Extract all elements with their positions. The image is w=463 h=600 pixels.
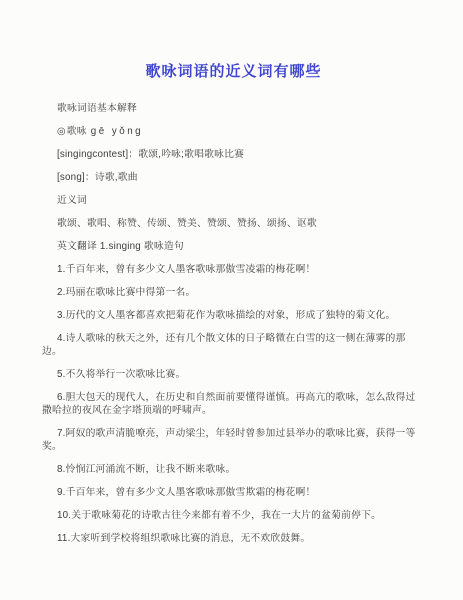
example-sentence: 3.历代的文人墨客都喜欢把菊花作为歌咏描绘的对象，形成了独特的菊文化。 xyxy=(42,309,425,322)
synonyms-list: 歌颂、歌唱、称赞、传颂、赞美、赞颂、赞扬、颂扬、讴歌 xyxy=(42,217,425,230)
example-sentence: 2.玛丽在歌咏比赛中得第一名。 xyxy=(42,286,425,299)
example-sentence: 1.千百年来，曾有多少文人墨客歌咏那傲雪凌霜的梅花啊！ xyxy=(42,263,425,276)
synonyms-heading: 近义词 xyxy=(42,194,425,207)
example-sentence: 7.阿奴的歌声清脆嘹亮，声动梁尘，年轻时曾参加过县举办的歌咏比赛，获得一等奖。 xyxy=(42,427,425,453)
document-page: 歌咏词语的近义词有哪些 歌咏词语基本解释 ◎歌咏gē yǒng [singing… xyxy=(0,0,463,600)
example-sentence: 8.怜悯江河涌流不断，让我不断来歌咏。 xyxy=(42,463,425,476)
example-sentence: 5.不久将举行一次歌咏比赛。 xyxy=(42,368,425,381)
definition-line: [singingcontest]：歌颂,吟咏;歌唱歌咏比赛 xyxy=(42,148,425,161)
basic-explanation-heading: 歌咏词语基本解释 xyxy=(42,102,425,115)
example-sentence: 10.关于歌咏菊花的诗歌古往今来都有着不少，我在一大片的盆菊前停下。 xyxy=(42,509,425,522)
entry-line: ◎歌咏gē yǒng xyxy=(42,125,425,138)
definition-line: [song]：诗歌,歌曲 xyxy=(42,171,425,184)
example-sentence: 6.胆大包天的现代人，在历史和自然面前要懂得谨慎。再高亢的歌咏，怎么敌得过撒哈拉… xyxy=(42,391,425,417)
entry-pinyin: gē yǒng xyxy=(91,126,143,137)
entry-bullet-icon: ◎ xyxy=(57,126,66,137)
entry-word: 歌咏 xyxy=(67,126,87,137)
example-sentence: 11.大家听到学校将组织歌咏比赛的消息，无不欢欣鼓舞。 xyxy=(42,532,425,545)
page-title: 歌咏词语的近义词有哪些 xyxy=(42,62,425,82)
example-sentence: 9.千百年来，曾有多少文人墨客歌咏那傲雪欺霜的梅花啊！ xyxy=(42,486,425,499)
translation-heading: 英文翻译 1.singing 歌咏造句 xyxy=(42,240,425,253)
example-sentence: 4.诗人歌咏的秋天之外，还有几个散文体的日子略微在白雪的这一侧在薄雾的那边。 xyxy=(42,332,425,358)
